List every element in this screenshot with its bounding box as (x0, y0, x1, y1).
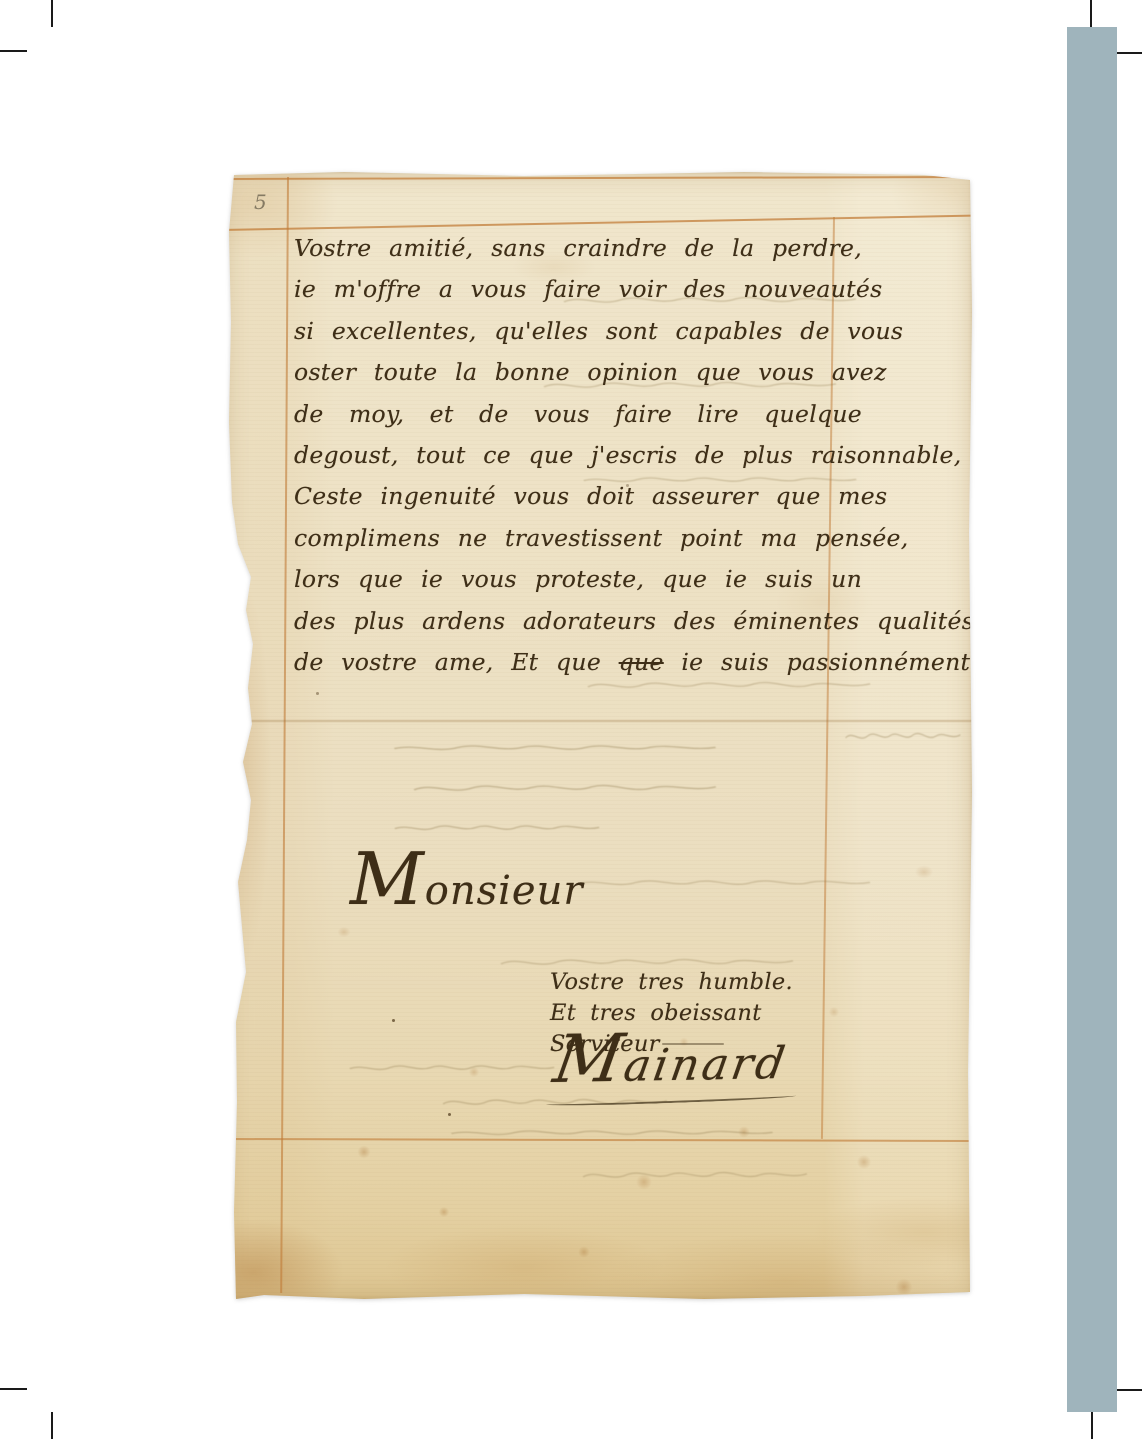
salutation: Monsieur (350, 860, 583, 914)
letter-body: Vostre amitié, sans craindre de la perdr… (294, 228, 862, 683)
closing-line: Vostre tres humble. (550, 967, 870, 998)
bleedthrough-ink (390, 740, 720, 756)
letter-line: lors que ie vous proteste, que ie suis u… (294, 559, 862, 600)
ink-speck (392, 1019, 395, 1022)
letter-line: si excellentes, qu'elles sont capables d… (294, 311, 862, 352)
bleedthrough-ink (447, 1125, 777, 1141)
bleedthrough-ink (574, 875, 874, 891)
crop-mark-bottom-left-vertical (51, 1412, 53, 1439)
bleedthrough-ink (410, 780, 720, 796)
crop-mark-top-left-vertical (51, 0, 53, 27)
letter-line-text: ie suis passionnément (681, 648, 970, 676)
letter-line: Vostre amitié, sans craindre de la perdr… (294, 228, 862, 269)
page-number: 5 (254, 190, 267, 214)
ruled-line-left-margin (280, 177, 288, 1293)
manuscript-paper-wrap: 5 Vostre amitié, sans craindre de la per… (224, 172, 972, 1299)
crop-mark-bottom-right-vertical (1091, 1412, 1093, 1439)
bleedthrough-ink (347, 1060, 557, 1076)
letter-line: de moy, et de vous faire lire quelque (294, 394, 862, 435)
ink-speck (316, 692, 319, 695)
letter-line: de vostre ame, Et que que ie suis passio… (294, 642, 862, 683)
bleedthrough-ink (392, 820, 602, 836)
ruled-line-top (226, 176, 970, 179)
letter-line: des plus ardens adorateurs des éminentes… (294, 601, 862, 642)
crop-mark-bottom-right-horizontal (1117, 1389, 1142, 1391)
crop-mark-top-left-horizontal (0, 50, 27, 52)
crop-mark-bottom-left-horizontal (0, 1388, 27, 1390)
letter-line: oster toute la bonne opinion que vous av… (294, 352, 862, 393)
letter-line: complimens ne travestissent point ma pen… (294, 518, 862, 559)
accent-bar (1067, 27, 1117, 1412)
letter-line: degoust, tout ce que j'escris de plus ra… (294, 435, 862, 476)
letter-line: ie m'offre a vous faire voir des nouveau… (294, 269, 862, 310)
fold-crease (224, 720, 972, 722)
signature: Mainard (550, 1038, 791, 1093)
scan-page: 5 Vostre amitié, sans craindre de la per… (0, 0, 1142, 1439)
bleedthrough-ink (844, 728, 962, 744)
crop-mark-top-right-vertical (1090, 0, 1092, 27)
manuscript-paper: 5 Vostre amitié, sans craindre de la per… (224, 172, 972, 1299)
crop-mark-top-right-horizontal (1115, 52, 1142, 54)
letter-line-text: de vostre ame, Et que (294, 648, 601, 676)
ink-speck (448, 1113, 451, 1116)
strikethrough-word: que (619, 648, 664, 676)
letter-line: Ceste ingenuité vous doit asseurer que m… (294, 476, 862, 517)
bleedthrough-ink (580, 1167, 810, 1183)
